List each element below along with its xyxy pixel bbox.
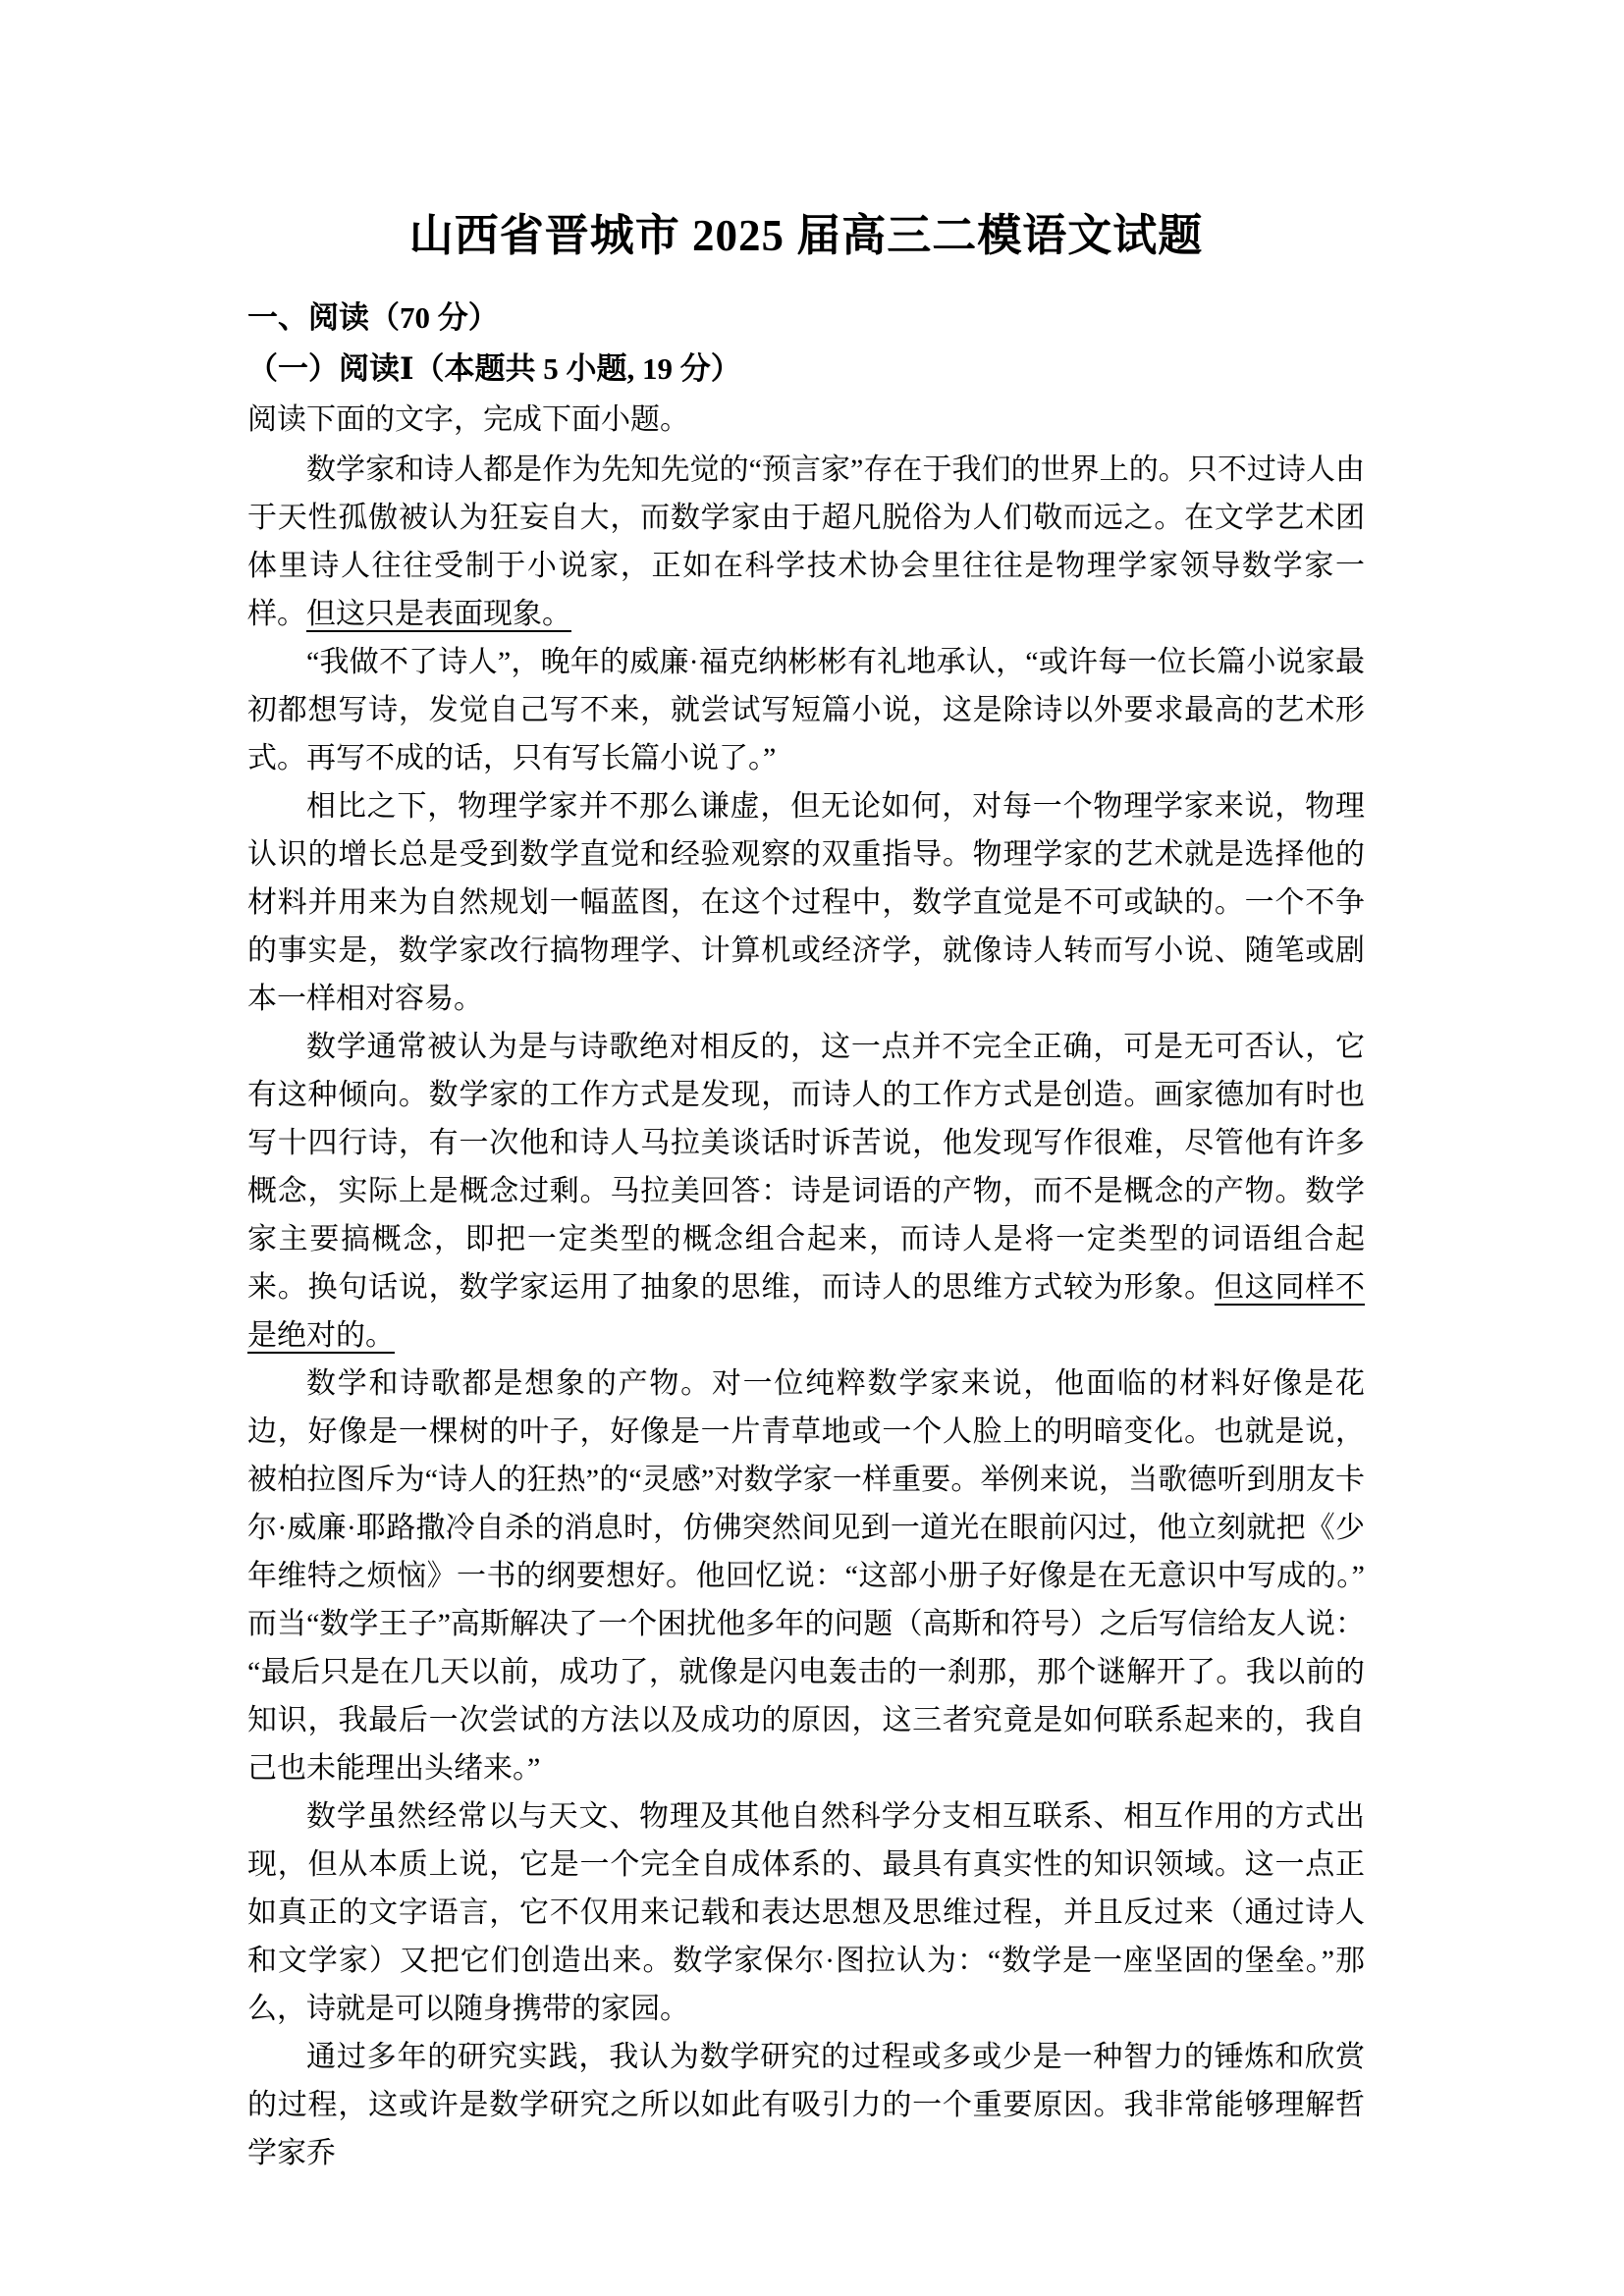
section-heading-reading: 一、阅读（70 分） [247,293,1365,344]
paragraph-text: 相比之下，物理学家并不那么谦虚，但无论如何，对每一个物理学家来说，物理认识的增长… [247,790,1365,1015]
article-paragraph: “我做不了诗人”，晚年的威廉·福克纳彬彬有礼地承认，“或许每一位长篇小说家最初都… [247,638,1365,782]
paragraph-text: 数学虽然经常以与天文、物理及其他自然科学分支相互联系、相互作用的方式出现，但从本… [247,1800,1365,2025]
underlined-text: 但这只是表面现象。 [306,598,571,630]
document-title: 山西省晋城市 2025 届高三二模语文试题 [247,208,1365,263]
article-paragraph: 数学家和诗人都是作为先知先觉的“预言家”存在于我们的世界上的。只不过诗人由于天性… [247,446,1365,638]
paragraph-text: “我做不了诗人”，晚年的威廉·福克纳彬彬有礼地承认，“或许每一位长篇小说家最初都… [247,646,1365,774]
paragraph-text: 数学通常被认为是与诗歌绝对相反的，这一点并不完全正确，可是无可否认，它有这种倾向… [247,1031,1365,1304]
subsection-heading-reading-1: （一）阅读Ⅰ（本题共 5 小题, 19 分） [247,344,1365,395]
document-page: 山西省晋城市 2025 届高三二模语文试题 一、阅读（70 分） （一）阅读Ⅰ（… [0,0,1624,2296]
reading-instruction: 阅读下面的文字，完成下面小题。 [247,395,1365,446]
paragraph-text: 数学和诗歌都是想象的产物。对一位纯粹数学家来说，他面临的材料好像是花边，好像是一… [247,1367,1365,1785]
document-content: 山西省晋城市 2025 届高三二模语文试题 一、阅读（70 分） （一）阅读Ⅰ（… [247,0,1365,2177]
article-body: 数学家和诗人都是作为先知先觉的“预言家”存在于我们的世界上的。只不过诗人由于天性… [247,446,1365,2177]
article-paragraph: 数学虽然经常以与天文、物理及其他自然科学分支相互联系、相互作用的方式出现，但从本… [247,1792,1365,2033]
article-paragraph: 数学通常被认为是与诗歌绝对相反的，这一点并不完全正确，可是无可否认，它有这种倾向… [247,1023,1365,1360]
article-paragraph: 通过多年的研究实践，我认为数学研究的过程或多或少是一种智力的锤炼和欣赏的过程，这… [247,2033,1365,2177]
article-paragraph: 数学和诗歌都是想象的产物。对一位纯粹数学家来说，他面临的材料好像是花边，好像是一… [247,1360,1365,1792]
paragraph-text: 通过多年的研究实践，我认为数学研究的过程或多或少是一种智力的锤炼和欣赏的过程，这… [247,2041,1365,2169]
article-paragraph: 相比之下，物理学家并不那么谦虚，但无论如何，对每一个物理学家来说，物理认识的增长… [247,782,1365,1023]
